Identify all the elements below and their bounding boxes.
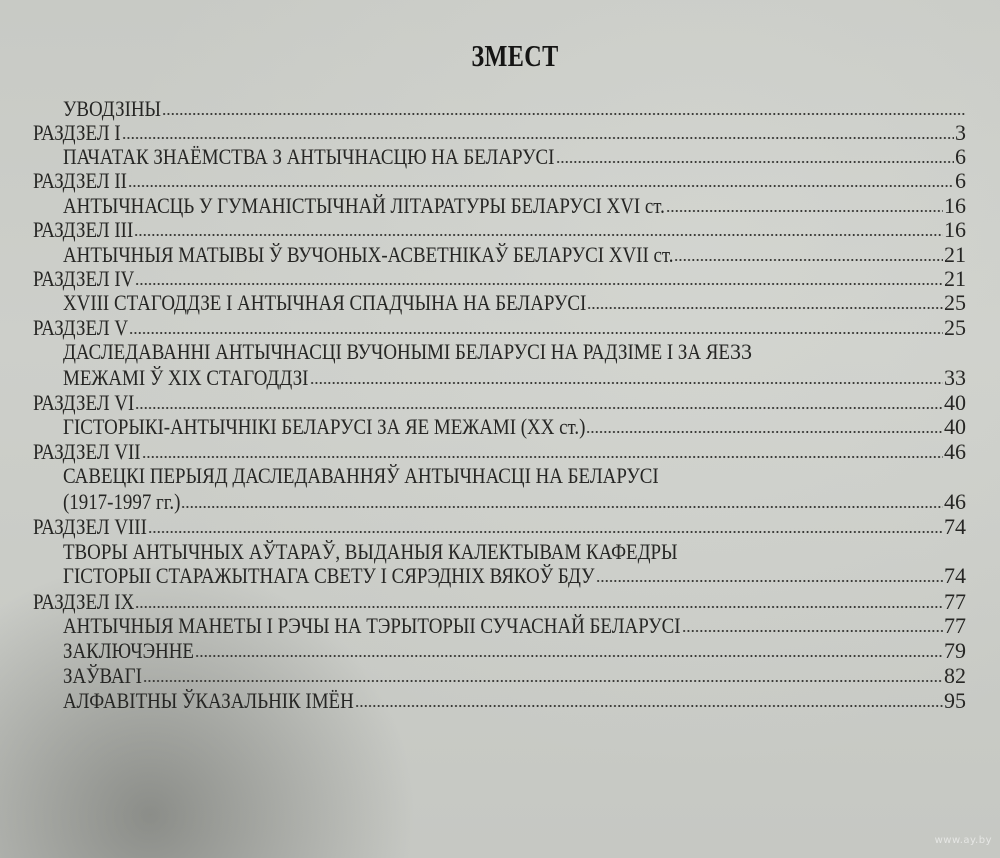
toc-entry-label: САВЕЦКІ ПЕРЫЯД ДАСЛЕДАВАННЯЎ АНТЫЧНАСЦІ …: [63, 464, 659, 488]
dot-leader: [310, 371, 943, 385]
dot-leader: [135, 396, 943, 410]
toc-entry-row: ДАСЛЕДАВАННІ АНТЫЧНАСЦІ ВУЧОНЫМІ БЕЛАРУС…: [63, 340, 966, 364]
dot-leader: [143, 669, 943, 683]
toc-page-number: 25: [944, 291, 966, 315]
dot-leader: [587, 296, 943, 310]
dot-leader: [148, 520, 943, 534]
toc-section-row: РАЗДЗЕЛ IX77: [33, 590, 966, 614]
toc-page-number: 25: [944, 316, 966, 340]
toc-page-number: 77: [944, 614, 966, 638]
toc-page-number: 46: [944, 490, 966, 514]
toc-entry-label: (1917-1997 гг.): [63, 490, 180, 514]
toc-entry-label: АНТЫЧНЫЯ МАТЫВЫ Ў ВУЧОНЫХ-АСВЕТНІКАЎ БЕЛ…: [63, 243, 673, 267]
toc-entry-row: XVIII СТАГОДДЗЕ І АНТЫЧНАЯ СПАДЧЫНА НА Б…: [63, 291, 966, 315]
toc-entry-label: РАЗДЗЕЛ I: [33, 121, 121, 145]
toc-page-number: 79: [944, 639, 966, 663]
toc-page-number: 3: [955, 121, 966, 145]
toc-entry-label: ТВОРЫ АНТЫЧНЫХ АЎТАРАЎ, ВЫДАНЫЯ КАЛЕКТЫВ…: [63, 540, 678, 564]
toc-entry-row: АНТЫЧНЫЯ МАНЕТЫ І РЭЧЫ НА ТЭРЫТОРЫІ СУЧА…: [63, 614, 966, 638]
toc-entry-label: АЛФАВІТНЫ ЎКАЗАЛЬНІК ІМЁН: [63, 689, 354, 713]
toc-section-row: РАЗДЗЕЛ V25: [33, 316, 966, 340]
toc-page-number: 6: [955, 145, 966, 169]
toc-page-number: 16: [944, 218, 966, 242]
toc-page-number: 74: [944, 564, 966, 588]
toc-section-row: РАЗДЗЕЛ II6: [33, 169, 966, 193]
dot-leader: [355, 694, 943, 708]
toc-section-row: РАЗДЗЕЛ I3: [33, 121, 966, 145]
toc-section-row: РАЗДЗЕЛ VII46: [33, 440, 966, 464]
toc-section-row: РАЗДЗЕЛ VIII74: [33, 515, 966, 539]
toc-page-number: 74: [944, 515, 966, 539]
toc-entry-row: АЛФАВІТНЫ ЎКАЗАЛЬНІК ІМЁН95: [63, 689, 966, 713]
dot-leader: [142, 445, 943, 459]
toc-page-number: 21: [944, 243, 966, 267]
toc-entry-row: УВОДЗІНЫ: [63, 97, 966, 121]
toc-entry-row: (1917-1997 гг.)46: [63, 490, 966, 514]
dot-leader: [666, 199, 943, 213]
toc-entry-label: ЗАЎВАГІ: [63, 664, 142, 688]
dot-leader: [122, 126, 954, 140]
toc-page-number: 95: [944, 689, 966, 713]
toc-entry-row: АНТЫЧНЫЯ МАТЫВЫ Ў ВУЧОНЫХ-АСВЕТНІКАЎ БЕЛ…: [63, 243, 966, 267]
dot-leader: [162, 102, 965, 116]
toc-page-number: 40: [944, 391, 966, 415]
toc-entry-label: XVIII СТАГОДДЗЕ І АНТЫЧНАЯ СПАДЧЫНА НА Б…: [63, 291, 586, 315]
toc-section-row: РАЗДЗЕЛ IV21: [33, 267, 966, 291]
dot-leader: [135, 595, 943, 609]
toc-entry-label: АНТЫЧНАСЦЬ У ГУМАНІСТЫЧНАЙ ЛІТАРАТУРЫ БЕ…: [63, 194, 665, 218]
book-page: ЗМЕСТ УВОДЗІНЫРАЗДЗЕЛ I3ПАЧАТАК ЗНАЁМСТВ…: [0, 0, 1000, 858]
toc-entry-label: ГІСТОРЫІ СТАРАЖЫТНАГА СВЕТУ І СЯРЭДНІХ В…: [63, 564, 595, 588]
toc-entry-label: РАЗДЗЕЛ VII: [33, 440, 141, 464]
toc-entry-label: ГІСТОРЫКІ-АНТЫЧНІКІ БЕЛАРУСІ ЗА ЯЕ МЕЖАМ…: [63, 415, 585, 439]
toc-entry-label: УВОДЗІНЫ: [63, 97, 161, 121]
toc-entry-label: РАЗДЗЕЛ VIII: [33, 515, 147, 539]
toc-entry-row: ТВОРЫ АНТЫЧНЫХ АЎТАРАЎ, ВЫДАНЫЯ КАЛЕКТЫВ…: [63, 540, 966, 564]
toc-page-number: 21: [944, 267, 966, 291]
toc-entry-row: МЕЖАМІ Ў XIX СТАГОДДЗІ33: [63, 366, 966, 390]
dot-leader: [674, 248, 943, 262]
toc-section-row: РАЗДЗЕЛ VI40: [33, 391, 966, 415]
toc-entry-label: РАЗДЗЕЛ III: [33, 218, 133, 242]
watermark: www.ay.by: [935, 835, 992, 846]
toc-entry-row: АНТЫЧНАСЦЬ У ГУМАНІСТЫЧНАЙ ЛІТАРАТУРЫ БЕ…: [63, 194, 966, 218]
dot-leader: [586, 420, 943, 434]
toc-entry-row: ПАЧАТАК ЗНАЁМСТВА З АНТЫЧНАСЦЮ НА БЕЛАРУ…: [63, 145, 966, 169]
toc-entry-label: РАЗДЗЕЛ IX: [33, 590, 134, 614]
toc-entry-label: РАЗДЗЕЛ II: [33, 169, 127, 193]
toc-entry-label: ЗАКЛЮЧЭННЕ: [63, 639, 194, 663]
toc-entry-row: САВЕЦКІ ПЕРЫЯД ДАСЛЕДАВАННЯЎ АНТЫЧНАСЦІ …: [63, 464, 966, 488]
dot-leader: [134, 223, 943, 237]
toc-page-number: 77: [944, 590, 966, 614]
dot-leader: [181, 495, 943, 509]
toc-page-number: 16: [944, 194, 966, 218]
toc-page-number: 33: [944, 366, 966, 390]
dot-leader: [682, 619, 943, 633]
toc-page-number: 40: [944, 415, 966, 439]
dot-leader: [596, 569, 943, 583]
dot-leader: [128, 174, 954, 188]
toc-section-row: РАЗДЗЕЛ III16: [33, 218, 966, 242]
dot-leader: [195, 644, 943, 658]
toc-page-number: 33: [730, 340, 752, 364]
toc-entry-label: ПАЧАТАК ЗНАЁМСТВА З АНТЫЧНАСЦЮ НА БЕЛАРУ…: [63, 145, 554, 169]
toc-entry-row: ГІСТОРЫКІ-АНТЫЧНІКІ БЕЛАРУСІ ЗА ЯЕ МЕЖАМ…: [63, 415, 966, 439]
toc-page-number: 46: [944, 440, 966, 464]
toc-entry-label: АНТЫЧНЫЯ МАНЕТЫ І РЭЧЫ НА ТЭРЫТОРЫІ СУЧА…: [63, 614, 681, 638]
toc-entry-label: МЕЖАМІ Ў XIX СТАГОДДЗІ: [63, 366, 308, 390]
dot-leader: [556, 150, 955, 164]
toc-entry-label: РАЗДЗЕЛ VI: [33, 391, 134, 415]
toc-entry-row: ГІСТОРЫІ СТАРАЖЫТНАГА СВЕТУ І СЯРЭДНІХ В…: [63, 564, 966, 588]
toc-entry-label: РАЗДЗЕЛ V: [33, 316, 128, 340]
page-title: ЗМЕСТ: [113, 38, 916, 74]
toc-entry-row: ЗАКЛЮЧЭННЕ79: [63, 639, 966, 663]
toc-page-number: 6: [955, 169, 966, 193]
dot-leader: [129, 321, 943, 335]
toc-page-number: 82: [944, 664, 966, 688]
dot-leader: [135, 272, 943, 286]
toc-entry-label: ДАСЛЕДАВАННІ АНТЫЧНАСЦІ ВУЧОНЫМІ БЕЛАРУС…: [63, 340, 730, 364]
toc-entry-label: РАЗДЗЕЛ IV: [33, 267, 134, 291]
toc-entry-row: ЗАЎВАГІ82: [63, 664, 966, 688]
